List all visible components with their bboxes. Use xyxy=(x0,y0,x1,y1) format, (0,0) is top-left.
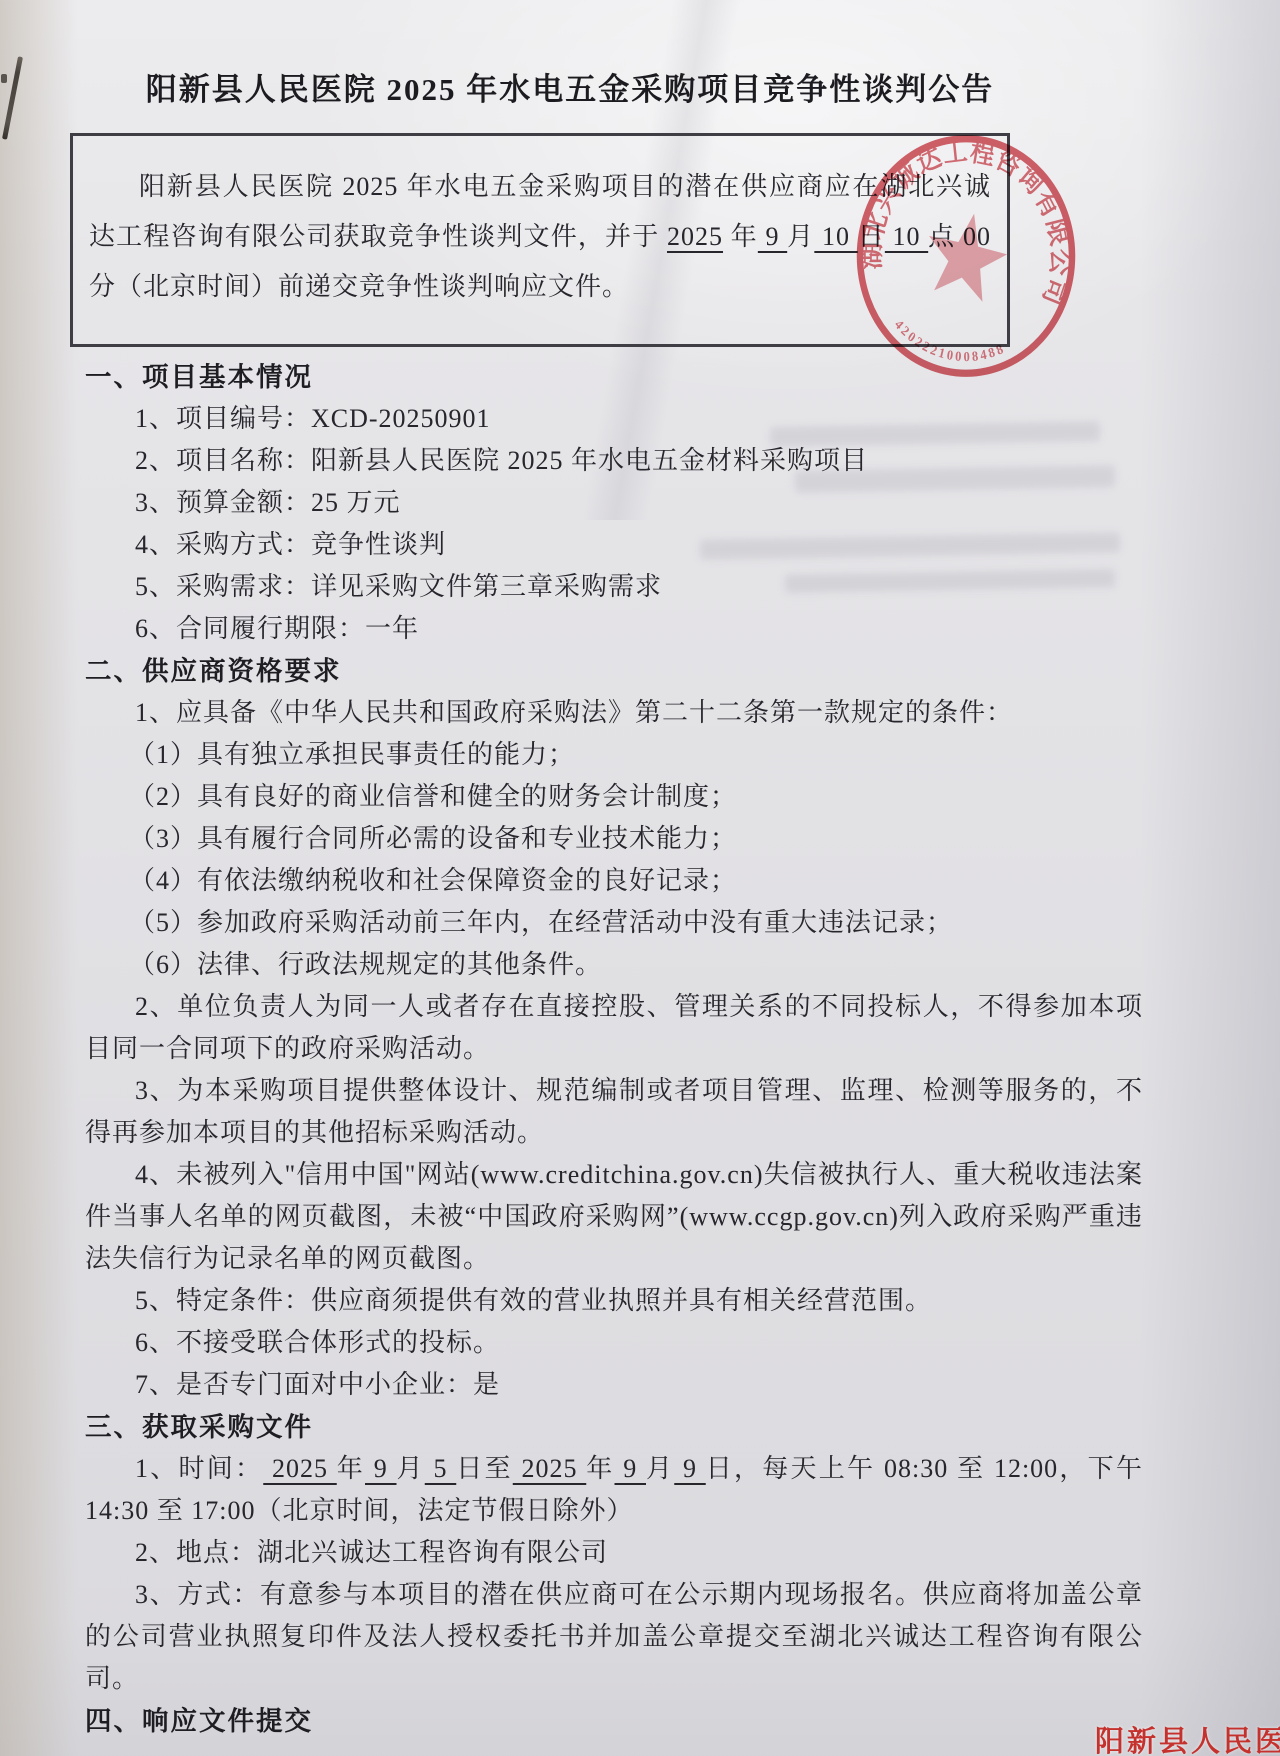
underlined-fill-in-value: 10 xyxy=(814,222,857,251)
document-paragraph: 2、地点：湖北兴诚达工程咨询有限公司 xyxy=(85,1532,1143,1574)
document-paragraph: 5、采购需求：详见采购文件第三章采购需求 xyxy=(85,566,1143,608)
hospital-watermark: 阳新县人民医院 xyxy=(1095,1719,1280,1756)
page-title: 阳新县人民医院 2025 年水电五金采购项目竞争性谈判公告 xyxy=(0,64,1140,109)
text-run: 月 xyxy=(646,1454,674,1483)
text-run: 1、时间： xyxy=(135,1454,263,1483)
underlined-fill-in-value: 9 xyxy=(365,1454,397,1483)
section-heading: 四、响应文件提交 xyxy=(85,1700,1143,1742)
text-run: 年 xyxy=(723,222,758,251)
document-paragraph: 1、项目编号：XCD-20250901 xyxy=(85,398,1143,440)
document-paragraph: 4、采购方式：竞争性谈判 xyxy=(85,524,1143,566)
document-body: 一、项目基本情况1、项目编号：XCD-202509012、项目名称：阳新县人民医… xyxy=(85,356,1143,1742)
document-paragraph: 3、为本采购项目提供整体设计、规范编制或者项目管理、监理、检测等服务的，不得再参… xyxy=(85,1070,1143,1154)
seal-company-textpath: 湖北兴诚达工程咨询有限公司 xyxy=(853,131,1079,318)
seal-star-icon xyxy=(919,205,1013,306)
text-run: 月 xyxy=(397,1454,425,1483)
section-heading: 二、供应商资格要求 xyxy=(85,650,1143,692)
scanned-document-page: { "document": { "title": "阳新县人民医院 2025 年… xyxy=(0,0,1280,1756)
underlined-fill-in-value: 2025 xyxy=(667,222,723,251)
text-run: 日至 xyxy=(456,1454,513,1483)
underlined-fill-in-value: 2025 xyxy=(263,1454,337,1483)
underlined-fill-in-value: 9 xyxy=(615,1454,647,1483)
text-run: 月 xyxy=(787,222,814,251)
document-paragraph: 1、应具备《中华人民共和国政府采购法》第二十二条第一款规定的条件： xyxy=(85,692,1143,734)
document-paragraph: 7、是否专门面对中小企业：是 xyxy=(85,1364,1143,1406)
underlined-fill-in-value: 9 xyxy=(758,222,787,251)
text-run: 年 xyxy=(586,1454,614,1483)
document-paragraph: 4、未被列入"信用中国"网站(www.creditchina.gov.cn)失信… xyxy=(85,1154,1143,1280)
text-run: 年 xyxy=(337,1454,365,1483)
document-paragraph: （1）具有独立承担民事责任的能力； xyxy=(85,734,1143,776)
underlined-fill-in-value: 5 xyxy=(425,1454,457,1483)
document-paragraph: 1、时间： 2025 年 9 月 5 日至 2025 年 9 月 9 日，每天上… xyxy=(85,1448,1143,1532)
seal-company-text: 湖北兴诚达工程咨询有限公司 xyxy=(853,131,1079,318)
document-paragraph: 5、特定条件：供应商须提供有效的营业执照并具有相关经营范围。 xyxy=(85,1280,1143,1322)
section-heading: 三、获取采购文件 xyxy=(85,1406,1143,1448)
document-paragraph: （5）参加政府采购活动前三年内，在经营活动中没有重大违法记录； xyxy=(85,902,1143,944)
document-paragraph: （4）有依法缴纳税收和社会保障资金的良好记录； xyxy=(85,860,1143,902)
document-paragraph: 2、项目名称：阳新县人民医院 2025 年水电五金材料采购项目 xyxy=(85,440,1143,482)
document-paragraph: 6、不接受联合体形式的投标。 xyxy=(85,1322,1143,1364)
document-paragraph: （6）法律、行政法规规定的其他条件。 xyxy=(85,944,1143,986)
company-seal-stamp: 湖北兴诚达工程咨询有限公司 42022210008488 xyxy=(853,131,1079,381)
document-paragraph: （2）具有良好的商业信誉和健全的财务会计制度； xyxy=(85,776,1143,818)
document-paragraph: 2、单位负责人为同一人或者存在直接控股、管理关系的不同投标人，不得参加本项目同一… xyxy=(85,986,1143,1070)
underlined-fill-in-value: 9 xyxy=(674,1454,706,1483)
document-paragraph: 3、预算金额：25 万元 xyxy=(85,482,1143,524)
document-paragraph: 6、合同履行期限：一年 xyxy=(85,608,1143,650)
document-paragraph: 3、方式：有意参与本项目的潜在供应商可在公示期内现场报名。供应商将加盖公章的公司… xyxy=(85,1574,1143,1700)
document-paragraph: （3）具有履行合同所必需的设备和专业技术能力； xyxy=(85,818,1143,860)
underlined-fill-in-value: 2025 xyxy=(513,1454,587,1483)
